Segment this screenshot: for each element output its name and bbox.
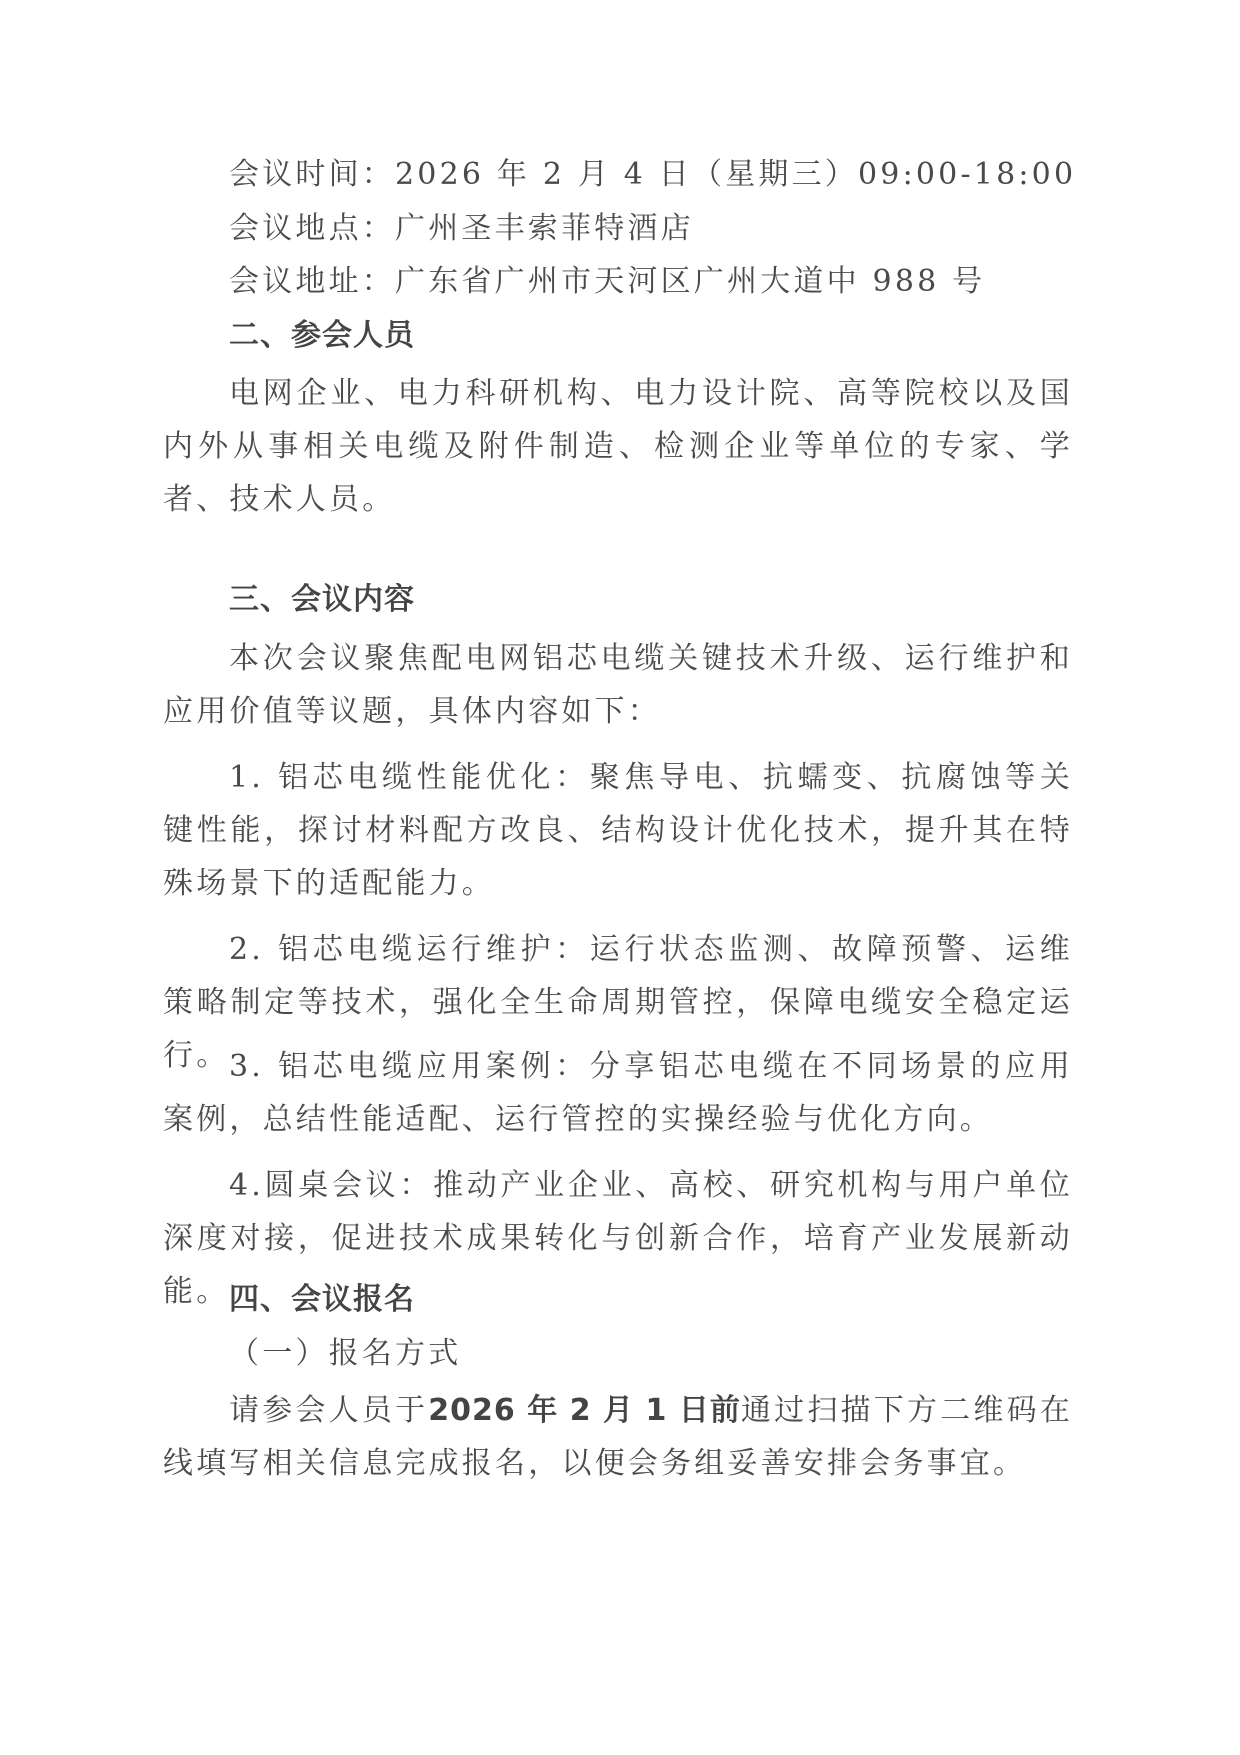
content-item-3: 3. 铝芯电缆应用案例：分享铝芯电缆在不同场景的应用案例，总结性能适配、运行管控…	[163, 1040, 1073, 1146]
meeting-address: 会议地址：广东省广州市天河区广州大道中 988 号	[229, 262, 1073, 302]
content-intro-paragraph: 本次会议聚焦配电网铝芯电缆关键技术升级、运行维护和应用价值等议题，具体内容如下：	[163, 632, 1073, 738]
meeting-address-label: 会议地址：	[229, 264, 395, 299]
meeting-venue: 会议地点：广州圣丰索菲特酒店	[229, 209, 1073, 249]
content-item-1: 1. 铝芯电缆性能优化：聚焦导电、抗蠕变、抗腐蚀等关键性能，探讨材料配方改良、结…	[163, 751, 1073, 910]
registration-method-subheading: （一）报名方式	[229, 1334, 1073, 1374]
meeting-time-label: 会议时间：	[229, 157, 395, 192]
section-heading-attendees: 二、参会人员	[229, 316, 1073, 356]
attendees-paragraph: 电网企业、电力科研机构、电力设计院、高等院校以及国内外从事相关电缆及附件制造、检…	[163, 367, 1073, 526]
section-heading-registration: 四、会议报名	[229, 1280, 1073, 1320]
meeting-venue-label: 会议地点：	[229, 211, 395, 246]
registration-prefix: 请参会人员于	[229, 1393, 428, 1428]
meeting-address-value: 广东省广州市天河区广州大道中 988 号	[395, 264, 985, 299]
registration-paragraph: 请参会人员于2026 年 2 月 1 日前通过扫描下方二维码在线填写相关信息完成…	[163, 1384, 1073, 1490]
meeting-time-value: 2026 年 2 月 4 日（星期三）09:00-18:00	[395, 157, 1076, 192]
meeting-time: 会议时间：2026 年 2 月 4 日（星期三）09:00-18:00	[229, 155, 1073, 195]
registration-deadline: 2026 年 2 月 1 日前	[428, 1393, 741, 1428]
meeting-venue-value: 广州圣丰索菲特酒店	[395, 211, 694, 246]
section-heading-content: 三、会议内容	[229, 580, 1073, 620]
